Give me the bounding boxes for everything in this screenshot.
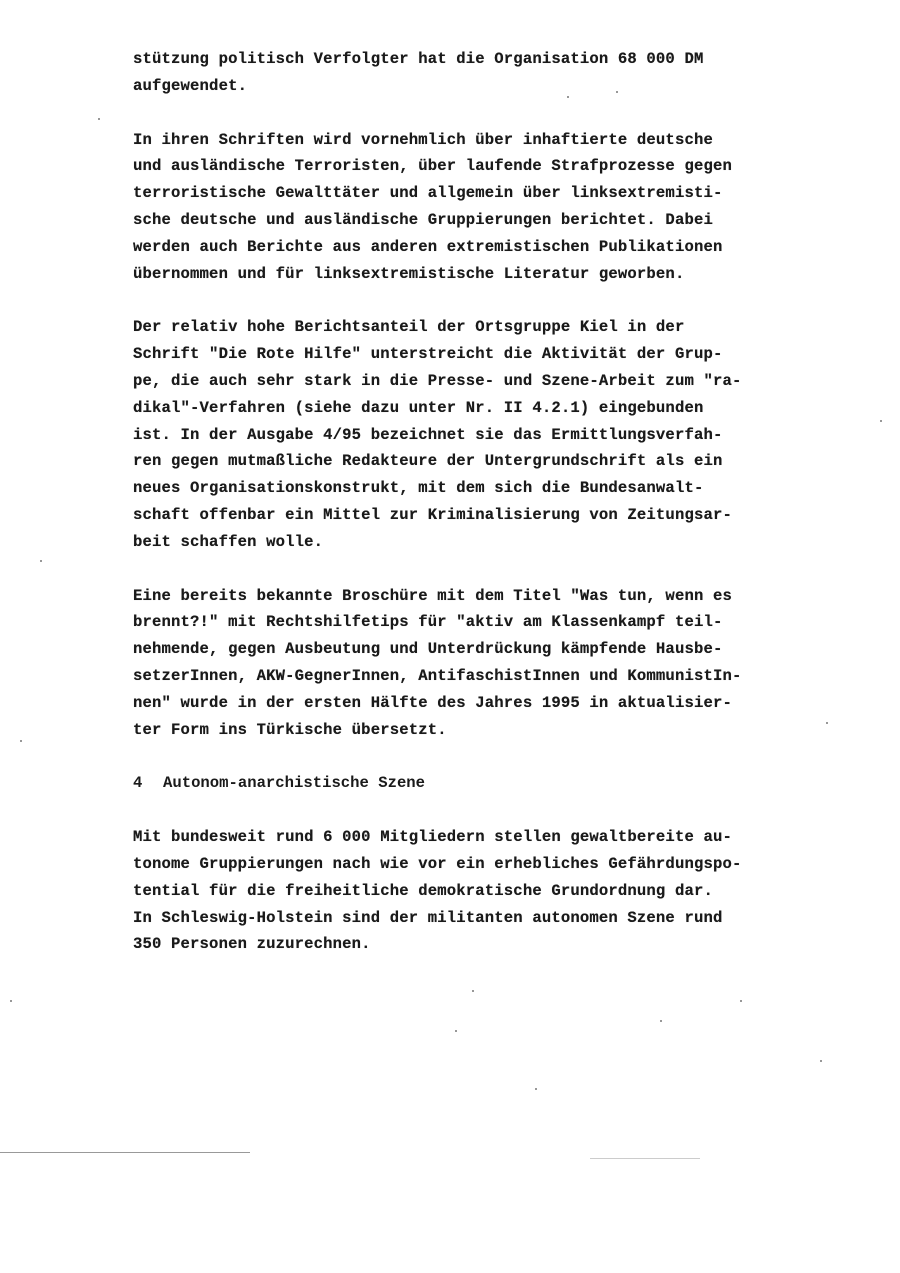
text-line: Schrift "Die Rote Hilfe" unterstreicht d… (133, 341, 853, 368)
scan-artifact-line (0, 1152, 250, 1153)
scan-speck (820, 1060, 822, 1062)
text-line: pe, die auch sehr stark in die Presse- u… (133, 368, 853, 395)
scan-speck (10, 1000, 12, 1002)
scan-speck (20, 740, 22, 742)
text-line: setzerInnen, AKW-GegnerInnen, Antifaschi… (133, 663, 853, 690)
scan-artifact-line (590, 1158, 700, 1159)
scan-speck (616, 91, 618, 93)
scan-speck (472, 990, 474, 992)
text-line: dikal"-Verfahren (siehe dazu unter Nr. I… (133, 395, 853, 422)
text-line: In Schleswig-Holstein sind der militante… (133, 905, 853, 932)
paragraph-gap (133, 743, 853, 770)
text-line: ren gegen mutmaßliche Redakteure der Unt… (133, 448, 853, 475)
text-line: Der relativ hohe Berichtsanteil der Orts… (133, 314, 853, 341)
text-line: In ihren Schriften wird vornehmlich über… (133, 127, 853, 154)
scan-speck (40, 560, 42, 562)
text-line: neues Organisationskonstrukt, mit dem si… (133, 475, 853, 502)
paragraph-support-funds: stützung politisch Verfolgter hat die Or… (133, 46, 853, 100)
text-line: tonome Gruppierungen nach wie vor ein er… (133, 851, 853, 878)
scan-speck (567, 96, 569, 98)
text-line: und ausländische Terroristen, über laufe… (133, 153, 853, 180)
text-line: nen" wurde in der ersten Hälfte des Jahr… (133, 690, 853, 717)
text-line: aufgewendet. (133, 73, 853, 100)
scan-speck (660, 1020, 662, 1022)
paragraph-brochure: Eine bereits bekannte Broschüre mit dem … (133, 583, 853, 744)
text-line: ter Form ins Türkische übersetzt. (133, 717, 853, 744)
text-line: brennt?!" mit Rechtshilfetips für "aktiv… (133, 609, 853, 636)
text-line: tential für die freiheitliche demokratis… (133, 878, 853, 905)
scan-speck (826, 722, 828, 724)
scan-speck (740, 1000, 742, 1002)
section-heading: 4Autonom-anarchistische Szene (133, 770, 853, 797)
paragraph-publications: In ihren Schriften wird vornehmlich über… (133, 127, 853, 288)
scan-speck (455, 1030, 457, 1032)
text-line: übernommen und für linksextremistische L… (133, 261, 853, 288)
text-line: stützung politisch Verfolgter hat die Or… (133, 46, 853, 73)
text-line: terroristische Gewalttäter und allgemein… (133, 180, 853, 207)
text-line: ist. In der Ausgabe 4/95 bezeichnet sie … (133, 422, 853, 449)
text-line: beit schaffen wolle. (133, 529, 853, 556)
text-line: 350 Personen zuzurechnen. (133, 931, 853, 958)
text-line: werden auch Berichte aus anderen extremi… (133, 234, 853, 261)
paragraph-autonomous-scene: Mit bundesweit rund 6 000 Mitgliedern st… (133, 824, 853, 958)
paragraph-gap (133, 556, 853, 583)
paragraph-kiel-group: Der relativ hohe Berichtsanteil der Orts… (133, 314, 853, 555)
document-page: stützung politisch Verfolgter hat die Or… (133, 46, 853, 958)
text-line: Eine bereits bekannte Broschüre mit dem … (133, 583, 853, 610)
text-line: schaft offenbar ein Mittel zur Kriminali… (133, 502, 853, 529)
section-title: Autonom-anarchistische Szene (163, 774, 425, 792)
text-line: sche deutsche und ausländische Gruppieru… (133, 207, 853, 234)
text-line: Mit bundesweit rund 6 000 Mitgliedern st… (133, 824, 853, 851)
scan-speck (535, 1088, 537, 1090)
paragraph-gap (133, 797, 853, 824)
text-line: nehmende, gegen Ausbeutung und Unterdrüc… (133, 636, 853, 663)
scan-speck (880, 420, 882, 422)
paragraph-gap (133, 287, 853, 314)
paragraph-gap (133, 100, 853, 127)
scan-speck (98, 118, 100, 120)
section-number: 4 (133, 770, 163, 797)
